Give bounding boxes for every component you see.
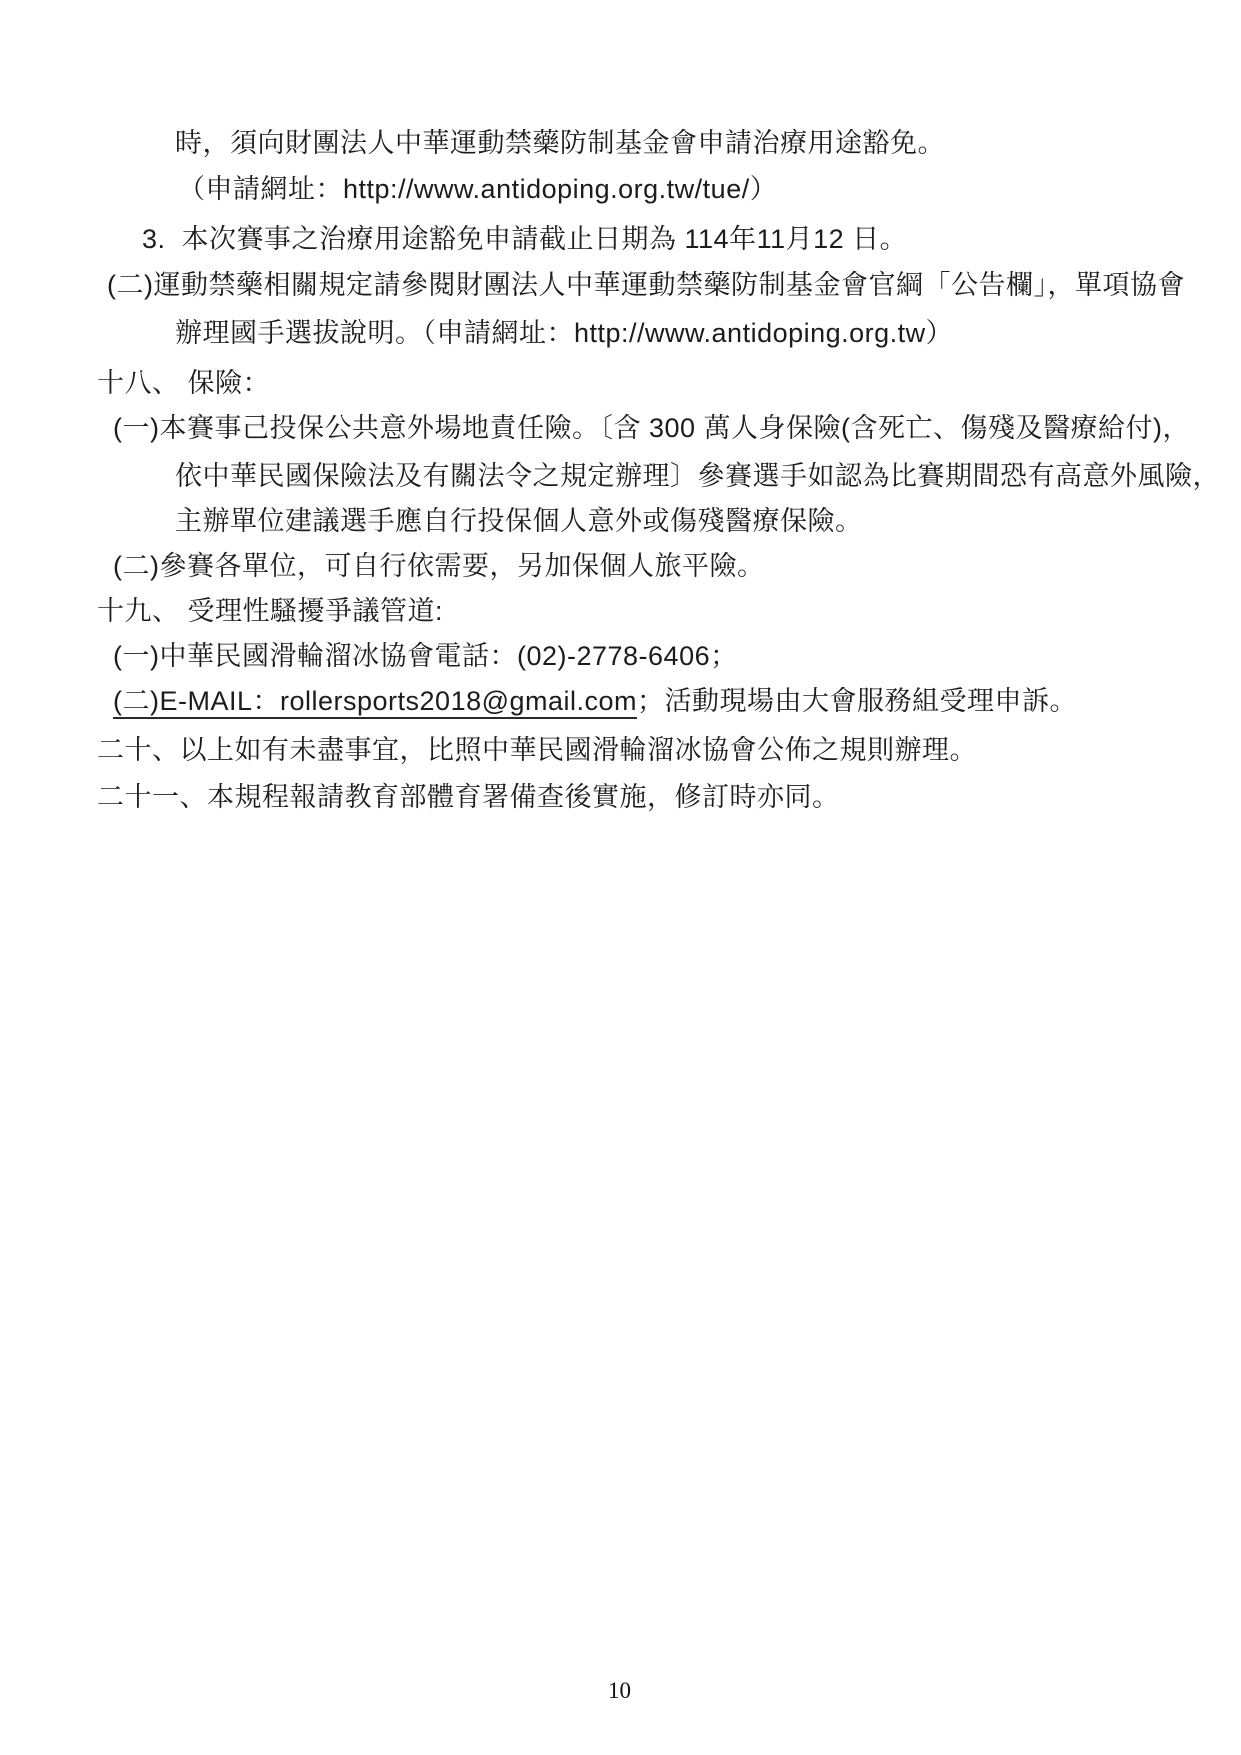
email-rest-text: ；活動現場由大會服務組受理申訴。 [637,686,1077,716]
doc-line-insurance-1: (一)本賽事己投保公共意外場地責任險。〔含 300 萬人身保險(含死亡、傷殘及醫… [113,411,1190,445]
email-underlined-text: (二)E-MAIL：rollersports2018@gmail.com [113,686,637,719]
doc-line-phone: (一)中華民國滑輪溜冰協會電話：(02)-2778-6406； [113,639,738,673]
doc-heading-20-other-matters: 二十、以上如有未盡事宜，比照中華民國滑輪溜冰協會公佈之規則辦理。 [97,733,977,767]
doc-line-tue-exemption: 時，須向財團法人中華運動禁藥防制基金會申請治療用途豁免。 [175,126,945,160]
doc-line-antidoping-url: 辦理國手選拔說明。（申請網址：http://www.antidoping.org… [175,316,953,350]
doc-heading-21-approval: 二十一、本規程報請教育部體育署備查後實施，修訂時亦同。 [97,780,840,814]
doc-line-antidoping-rules: (二)運動禁藥相關規定請參閱財團法人中華運動禁藥防制基金會官綱「公告欄」，單項協… [107,268,1185,302]
document-page: 時，須向財團法人中華運動禁藥防制基金會申請治療用途豁免。 （申請網址：http:… [0,0,1241,1755]
page-number: 10 [608,1678,631,1704]
doc-line-item3-deadline: 3. 本次賽事之治療用途豁免申請截止日期為 114年11月12 日。 [142,222,907,256]
doc-heading-19-harassment: 十九、 受理性騷擾爭議管道: [97,594,443,628]
doc-line-email: (二)E-MAIL：rollersports2018@gmail.com；活動現… [113,684,1077,718]
doc-line-insurance-1c: 主辦單位建議選手應自行投保個人意外或傷殘醫療保險。 [175,504,863,538]
doc-line-insurance-1b: 依中華民國保險法及有關法令之規定辦理〕參賽選手如認為比賽期間恐有高意外風險， [175,459,1220,493]
doc-heading-18-insurance: 十八、 保險： [97,366,270,400]
doc-line-tue-url: （申請網址：http://www.antidoping.org.tw/tue/） [178,172,777,206]
doc-line-insurance-2: (二)參賽各單位，可自行依需要，另加保個人旅平險。 [113,549,764,583]
